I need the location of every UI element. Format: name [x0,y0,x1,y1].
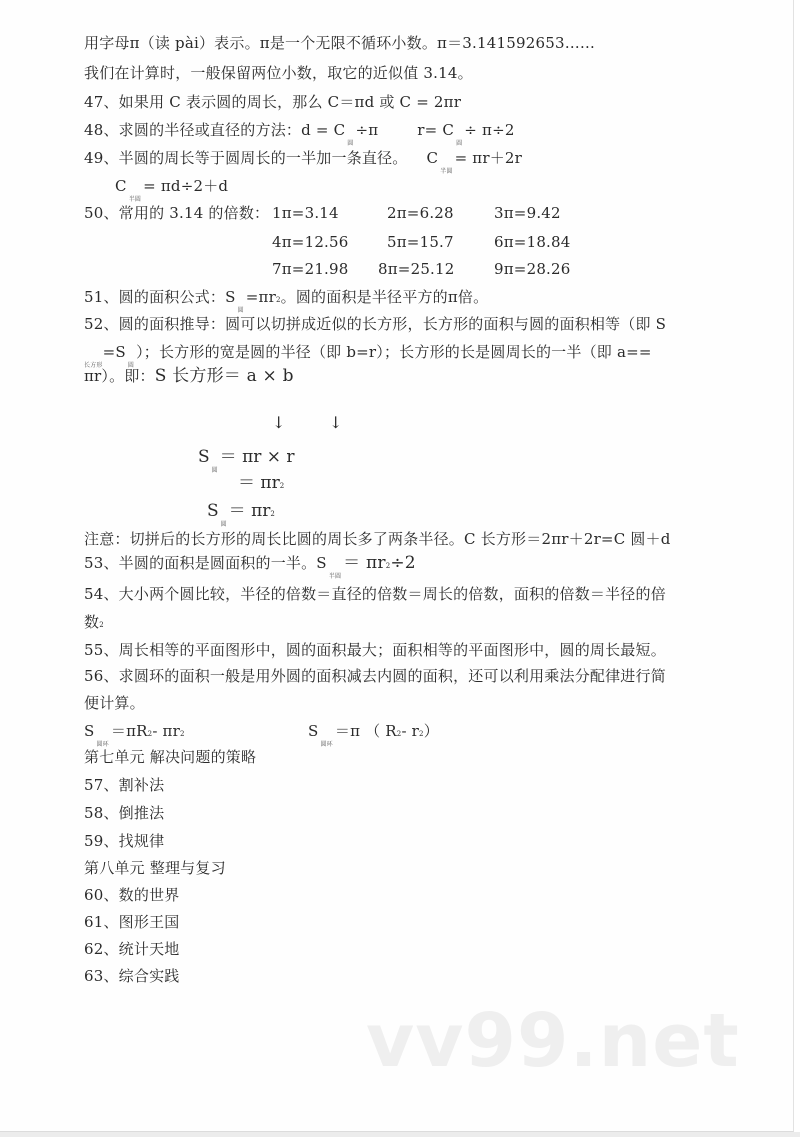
pi-approx-line: 我们在计算时，一般保留两位小数，取它的近似值 3.14。 [84,63,473,83]
ring-formula-2: S圆环＝π （ R2- r2） [308,721,439,755]
derivation-row-3: S圆＝ πr2 [207,496,275,528]
watermark: vv99.net [366,998,740,1084]
item-53: 53、半圆的面积是圆面积的一半。S半圆＝ πr2÷2 [84,553,416,587]
item-55: 55、周长相等的平面图形中，圆的面积最大；面积相等的平面图形中，圆的周长最短。 [84,640,666,660]
unit-8-heading: 第八单元 整理与复习 [84,858,226,878]
unit-7-heading: 第七单元 解决问题的策略 [84,747,256,767]
down-arrow-icon: ↓ [329,413,342,432]
item-54-line2: 数2 [84,612,104,635]
item-52-line1: 52、圆的面积推导：圆可以切拼成近似的长方形，长方形的面积与圆的面积相等（即 S [84,314,666,334]
page-bottom-edge [0,1132,800,1137]
document-page: 用字母π（读 pài）表示。π是一个无限不循环小数。π＝3.141592653…… [0,0,794,1132]
note-line: 注意：切拼后的长方形的周长比圆的周长多了两条半径。C 长方形＝2πr＋2r=C … [84,529,671,549]
item-61: 61、图形王国 [84,912,180,932]
down-arrow-icon: ↓ [272,413,285,432]
item-56-line1: 56、求圆环的面积一般是用外圆的面积减去内圆的面积，还可以利用乘法分配律进行简 [84,666,666,686]
item-62: 62、统计天地 [84,939,180,959]
item-59: 59、找规律 [84,831,164,851]
pi-definition-line: 用字母π（读 pài）表示。π是一个无限不循环小数。π＝3.141592653…… [84,33,595,53]
item-56-line2: 便计算。 [84,693,145,713]
item-60: 60、数的世界 [84,885,180,905]
item-52-line3: πr）。即：S 长方形＝ a × b [84,366,294,386]
derivation-row-2: ＝ πr2 [238,468,284,493]
item-47: 47、如果用 C 表示圆的周长，那么 C＝πd 或 C = 2πr [84,92,461,112]
item-50: 50、常用的 3.14 的倍数： [84,203,269,223]
item-58: 58、倒推法 [84,803,164,823]
item-54-line1: 54、大小两个圆比较，半径的倍数＝直径的倍数＝周长的倍数，面积的倍数＝半径的倍 [84,584,666,604]
item-63: 63、综合实践 [84,966,180,986]
item-57: 57、割补法 [84,775,164,795]
